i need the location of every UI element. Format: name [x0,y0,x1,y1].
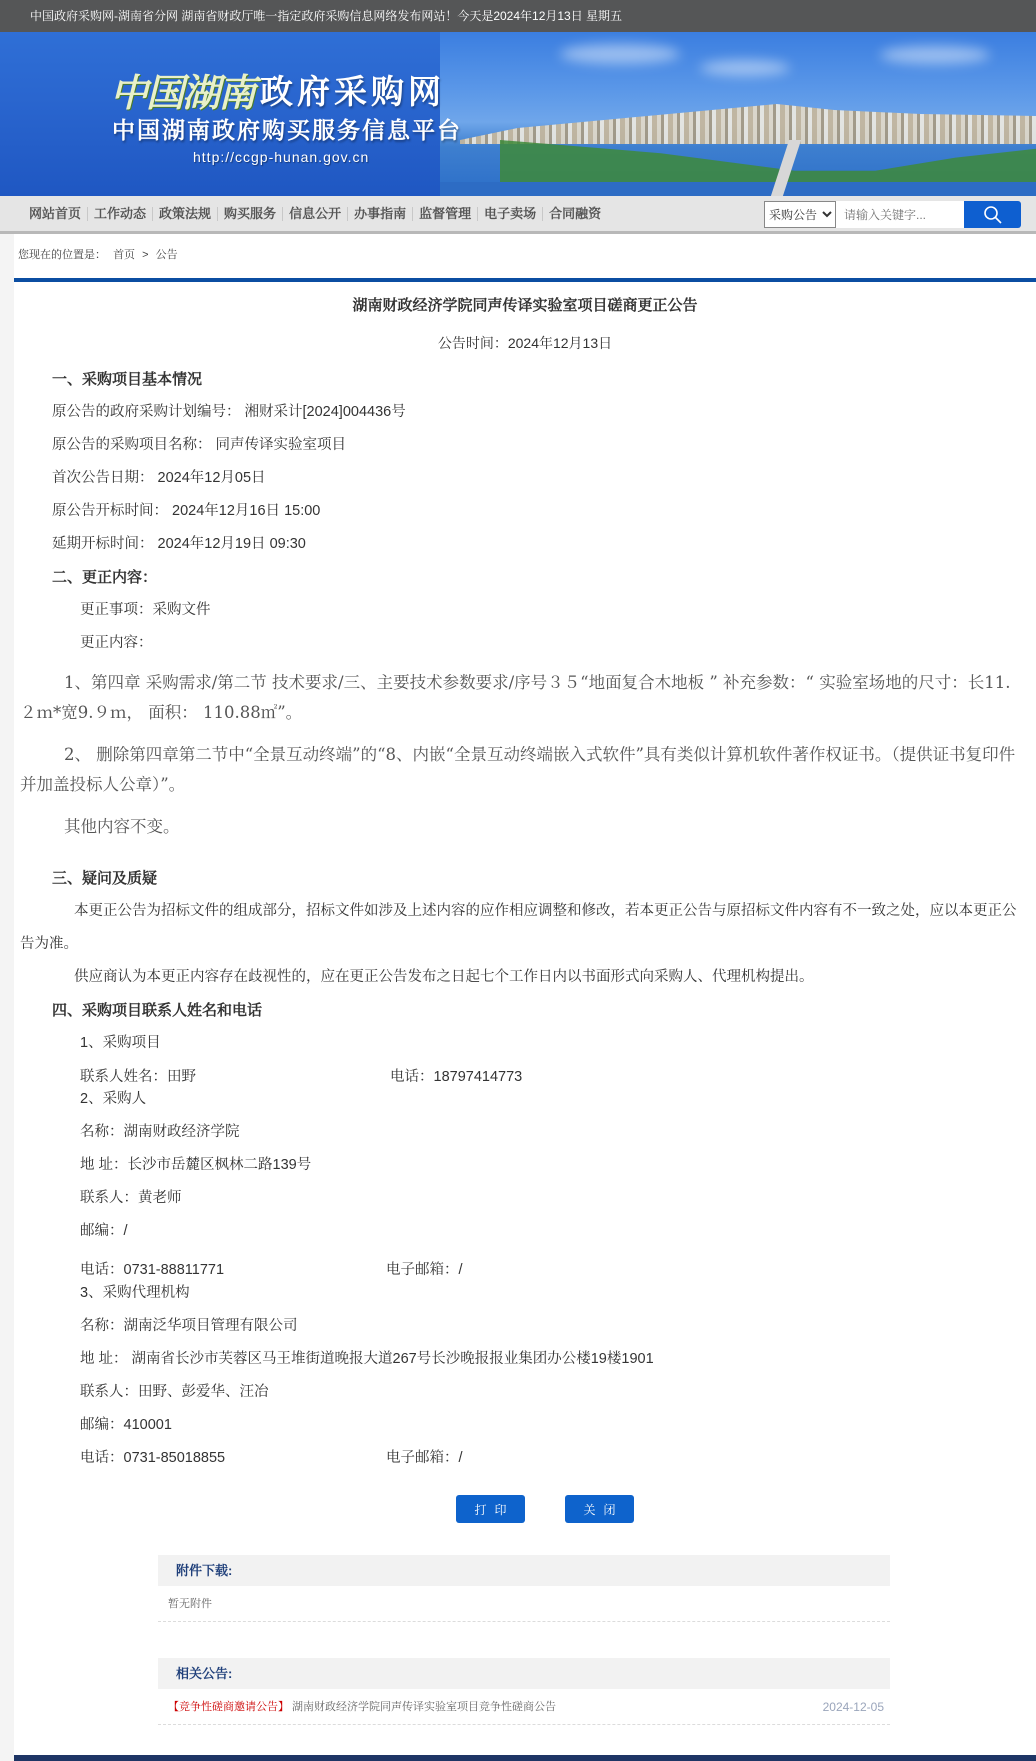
agency-email: 电子邮箱：/ [386,1442,463,1475]
purchaser-phone: 电话：0731-88811771 [80,1248,386,1270]
agency-phone: 电话：0731-85018855 [80,1442,386,1475]
related-item[interactable]: 【竞争性磋商邀请公告】 湖南财政经济学院同声传译实验室项目竞争性磋商公告 202… [158,1689,890,1725]
print-button[interactable]: 打印 [456,1495,525,1523]
breadcrumb-separator: > [142,249,148,261]
correction-paragraph-2: 2、 删除第四章第二节中“全景互动终端”的“8、内嵌“全景互动终端嵌入式软件”具… [20,740,1030,800]
breadcrumb: 您现在的位置是： 首页 > 公告 [14,234,1036,278]
attachments-empty: 暂无附件 [158,1586,890,1622]
close-button[interactable]: 关闭 [565,1495,634,1523]
related-item-date: 2024-12-05 [823,1689,884,1724]
section-3-heading: 三、疑问及质疑 [52,862,1030,895]
project-contact-phone: 电话：18797414773 [390,1066,522,1088]
project-contact-label: 1、采购项目 [80,1027,1030,1060]
attachments-heading: 附件下载: [158,1555,890,1586]
purchaser-phone-row: 电话：0731-88811771 电子邮箱：/ [80,1248,1030,1270]
publish-time: 公告时间：2024年12月13日 [14,333,1036,353]
search-button[interactable] [964,201,1021,228]
footer-bar [14,1755,1036,1761]
purchaser-postcode: 邮编：/ [80,1215,1030,1248]
purchaser-email: 电子邮箱：/ [386,1248,463,1270]
purchaser-address: 地 址：长沙市岳麓区枫林二路139号 [80,1149,1030,1182]
project-contact-row: 联系人姓名：田野 电话：18797414773 [80,1066,1030,1088]
purchaser-label: 2、采购人 [80,1088,1030,1110]
search-bar: 采购公告 [764,201,1021,228]
agency-phone-row: 电话：0731-85018855 电子邮箱：/ [80,1442,1030,1475]
related-heading: 相关公告: [158,1658,890,1689]
nav-contract-finance[interactable]: 合同融资 [543,207,607,221]
nav-home[interactable]: 网站首页 [27,207,88,221]
nav-info-disclosure[interactable]: 信息公开 [283,207,348,221]
purchaser-contact: 联系人：黄老师 [80,1182,1030,1215]
plan-number: 原公告的政府采购计划编号： 湘财采计[2024]004436号 [52,396,1030,429]
section-1-heading: 一、采购项目基本情况 [52,363,1030,396]
nav-guide[interactable]: 办事指南 [348,207,413,221]
correction-paragraph-1: 1、第四章 采购需求/第二节 技术要求/三、主要技术参数要求/序号３５“地面复合… [20,668,1030,728]
related-item-tag[interactable]: 【竞争性磋商邀请公告】 [168,1701,289,1713]
breadcrumb-label: 您现在的位置是： [18,249,106,261]
article-body: 一、采购项目基本情况 原公告的政府采购计划编号： 湘财采计[2024]00443… [14,363,1036,1475]
action-buttons: 打印 关闭 [54,1495,1036,1523]
section-3-paragraph-1: 本更正公告为招标文件的组成部分，招标文件如涉及上述内容的应作相应调整和修改，若本… [20,895,1030,961]
main-container: 您现在的位置是： 首页 > 公告 湖南财政经济学院同声传译实验室项目磋商更正公告… [14,234,1036,1755]
logo-title: 政府采购网 [260,66,445,113]
main-nav: 网站首页 工作动态 政策法规 购买服务 信息公开 办事指南 监督管理 电子卖场 … [0,196,1036,234]
nav-policies[interactable]: 政策法规 [153,207,218,221]
agency-contact: 联系人：田野、彭爱华、汪冶 [80,1376,1030,1409]
attachments-section: 附件下载: 暂无附件 [158,1555,890,1622]
title-divider [14,278,1036,282]
nav-purchase-services[interactable]: 购买服务 [218,207,283,221]
agency-name: 名称：湖南泛华项目管理有限公司 [80,1310,1030,1343]
section-3-paragraph-2: 供应商认为本更正内容存在歧视性的，应在更正公告发布之日起七个工作日内以书面形式向… [20,961,1030,994]
purchaser-name: 名称：湖南财政经济学院 [80,1116,1030,1149]
correction-item: 更正事项：采购文件 [80,594,1030,627]
nav-work-news[interactable]: 工作动态 [88,207,153,221]
search-icon [983,205,1003,225]
site-banner: 中国湖南 政府采购网 中国湖南政府购买服务信息平台 http://ccgp-hu… [0,32,1036,196]
site-announcement-text: 中国政府采购网-湖南省分网 湖南省财政厅唯一指定政府采购信息网络发布网站！今天是… [30,9,622,23]
nav-supervision[interactable]: 监督管理 [413,207,478,221]
logo-url: http://ccgp-hunan.gov.cn [193,149,369,165]
original-open-time: 原公告开标时间： 2024年12月16日 15:00 [52,495,1030,528]
section-4-heading: 四、采购项目联系人姓名和电话 [52,994,1030,1027]
search-category-select[interactable]: 采购公告 [764,201,836,228]
correction-content-label: 更正内容： [80,627,1030,660]
page-title: 湖南财政经济学院同声传译实验室项目磋商更正公告 [14,294,1036,315]
breadcrumb-home[interactable]: 首页 [113,249,135,261]
agency-label: 3、采购代理机构 [80,1282,1030,1304]
nav-e-mall[interactable]: 电子卖场 [478,207,543,221]
related-section: 相关公告: 【竞争性磋商邀请公告】 湖南财政经济学院同声传译实验室项目竞争性磋商… [158,1658,890,1725]
site-logo[interactable]: 中国湖南 政府采购网 [110,62,445,117]
correction-paragraph-3: 其他内容不变。 [20,812,1030,842]
first-announce-date: 首次公告日期： 2024年12月05日 [52,462,1030,495]
agency-postcode: 邮编：410001 [80,1409,1030,1442]
section-2-heading: 二、更正内容： [52,561,1030,594]
logo-calligraphy: 中国湖南 [110,62,254,117]
breadcrumb-current[interactable]: 公告 [156,249,178,261]
search-input[interactable] [836,201,964,228]
agency-address: 地 址： 湖南省长沙市芙蓉区马王堆街道晚报大道267号长沙晚报报业集团办公楼19… [80,1343,1030,1376]
top-info-bar: 中国政府采购网-湖南省分网 湖南省财政厅唯一指定政府采购信息网络发布网站！今天是… [0,0,1036,32]
logo-subtitle: 中国湖南政府购买服务信息平台 [112,112,462,145]
project-name: 原公告的采购项目名称： 同声传译实验室项目 [52,429,1030,462]
extended-open-time: 延期开标时间： 2024年12月19日 09:30 [52,528,1030,561]
project-contact-name: 联系人姓名：田野 [80,1066,390,1088]
related-item-title[interactable]: 湖南财政经济学院同声传译实验室项目竞争性磋商公告 [289,1701,556,1713]
